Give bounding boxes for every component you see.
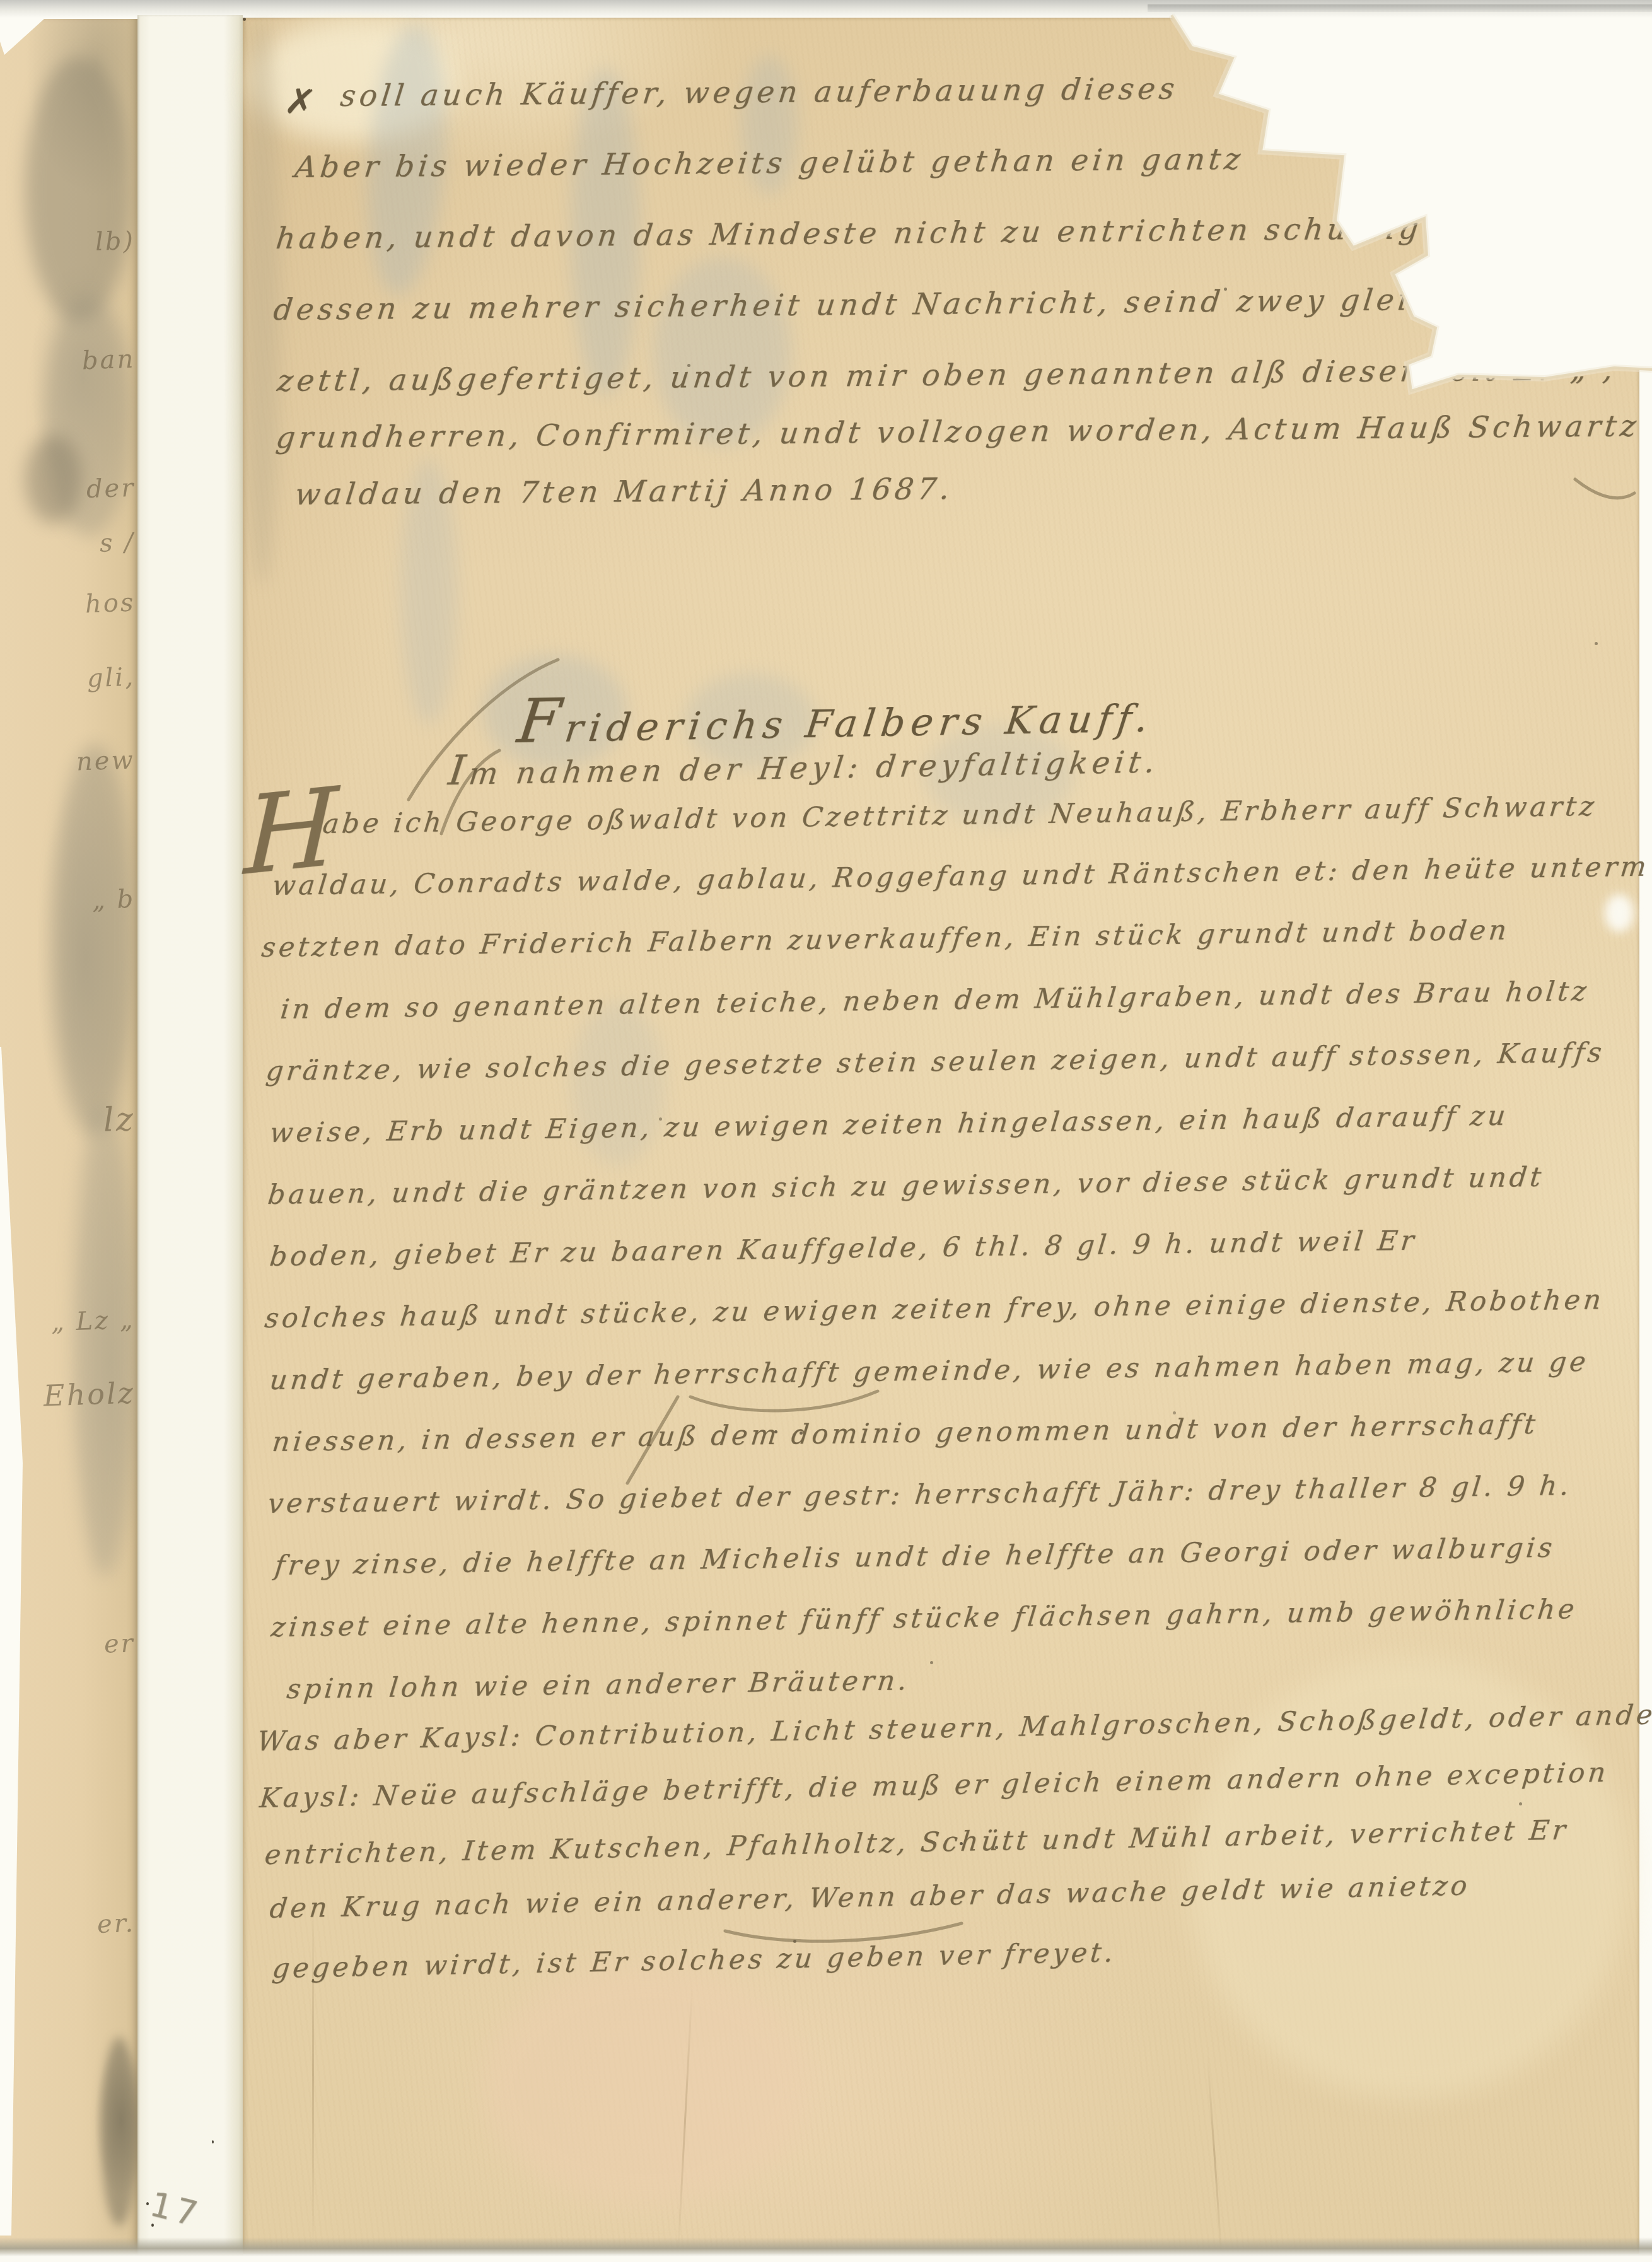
scan-right-edge (1639, 0, 1652, 2262)
torn-corner-overlay (0, 0, 1652, 2262)
manuscript-scan: lb) ban der s / hos gli, new „ b lz „ Lz… (0, 0, 1652, 2262)
scan-bottom-edge (0, 2237, 1652, 2262)
scan-top-edge-shadow (1148, 4, 1652, 12)
